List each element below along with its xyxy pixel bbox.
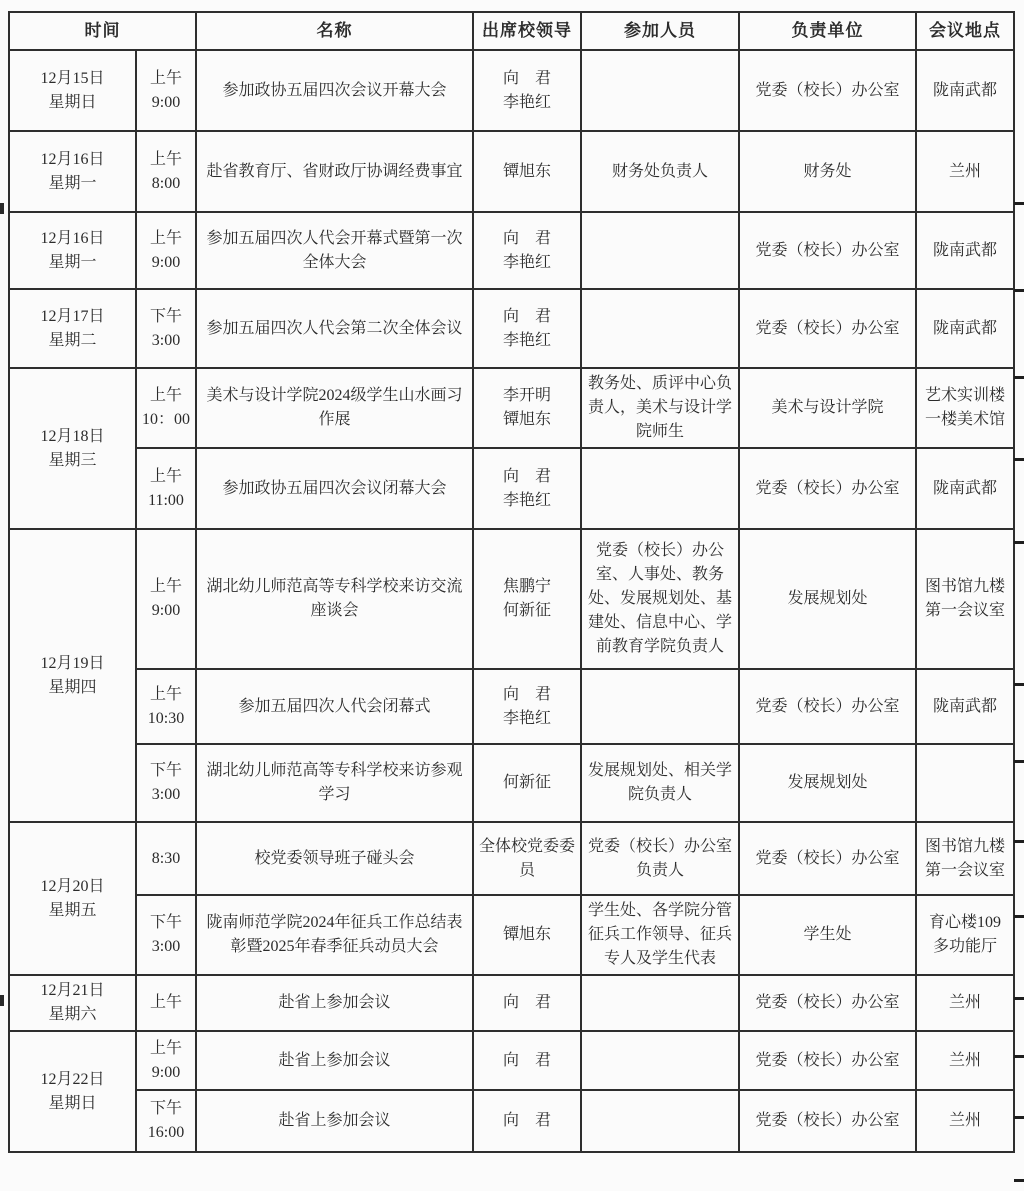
table-row: 上午 11:00 参加政协五届四次会议闭幕大会 向 君 李艳红 党委（校长）办公… (9, 448, 1014, 529)
date-cell: 12月20日 星期五 (9, 822, 136, 975)
participants-cell: 财务处负责人 (581, 131, 739, 212)
participants-cell: 学生处、各学院分管征兵工作领导、征兵专人及学生代表 (581, 895, 739, 975)
table-row: 12月16日 星期一 上午 8:00 赴省教育厅、省财政厅协调经费事宜 镡旭东 … (9, 131, 1014, 212)
location-cell: 育心楼109多功能厅 (916, 895, 1014, 975)
scan-edge-mark (1014, 458, 1024, 461)
event-name-cell: 赴省上参加会议 (196, 1090, 473, 1152)
time-cell: 上午 9:00 (136, 50, 196, 131)
table-row: 12月21日 星期六 上午 赴省上参加会议 向 君 党委（校长）办公室 兰州 (9, 975, 1014, 1031)
table-row: 12月16日 星期一 上午 9:00 参加五届四次人代会开幕式暨第一次全体大会 … (9, 212, 1014, 289)
scan-edge-mark (1014, 289, 1024, 292)
time-cell: 上午 9:00 (136, 1031, 196, 1090)
schedule-table: 时间 名称 出席校领导 参加人员 负责单位 会议地点 12月15日 星期日 上午… (8, 11, 1015, 1153)
leaders-cell: 向 君 李艳红 (473, 289, 581, 368)
scan-edge-mark (0, 203, 4, 214)
date-cell: 12月16日 星期一 (9, 212, 136, 289)
location-cell: 陇南武都 (916, 50, 1014, 131)
participants-cell: 教务处、质评中心负责人，美术与设计学院师生 (581, 368, 739, 448)
time-cell: 下午 3:00 (136, 744, 196, 822)
event-name-cell: 陇南师范学院2024年征兵工作总结表彰暨2025年春季征兵动员大会 (196, 895, 473, 975)
time-cell: 上午 (136, 975, 196, 1031)
participants-cell: 党委（校长）办公室、人事处、教务处、发展规划处、基建处、信息中心、学前教育学院负… (581, 529, 739, 669)
leaders-cell: 向 君 李艳红 (473, 669, 581, 744)
event-name-cell: 赴省上参加会议 (196, 975, 473, 1031)
date-cell: 12月15日 星期日 (9, 50, 136, 131)
unit-cell: 党委（校长）办公室 (739, 50, 916, 131)
event-name-cell: 湖北幼儿师范高等专科学校来访交流座谈会 (196, 529, 473, 669)
scan-edge-mark (1014, 997, 1024, 1000)
time-cell: 上午 9:00 (136, 212, 196, 289)
event-name-cell: 美术与设计学院2024级学生山水画习作展 (196, 368, 473, 448)
header-name: 名称 (196, 12, 473, 50)
participants-cell (581, 50, 739, 131)
participants-cell (581, 448, 739, 529)
unit-cell: 党委（校长）办公室 (739, 1090, 916, 1152)
scan-edge-mark (1014, 376, 1024, 379)
location-cell (916, 744, 1014, 822)
location-cell: 陇南武都 (916, 212, 1014, 289)
time-cell: 8:30 (136, 822, 196, 895)
event-name-cell: 赴省教育厅、省财政厅协调经费事宜 (196, 131, 473, 212)
table-row: 12月15日 星期日 上午 9:00 参加政协五届四次会议开幕大会 向 君 李艳… (9, 50, 1014, 131)
event-name-cell: 校党委领导班子碰头会 (196, 822, 473, 895)
scan-edge-mark (1014, 760, 1024, 763)
participants-cell (581, 212, 739, 289)
table-row: 12月20日 星期五 8:30 校党委领导班子碰头会 全体校党委委员 党委（校长… (9, 822, 1014, 895)
unit-cell: 党委（校长）办公室 (739, 289, 916, 368)
event-name-cell: 参加政协五届四次会议闭幕大会 (196, 448, 473, 529)
event-name-cell: 参加五届四次人代会闭幕式 (196, 669, 473, 744)
event-name-cell: 参加五届四次人代会第二次全体会议 (196, 289, 473, 368)
leaders-cell: 李开明 镡旭东 (473, 368, 581, 448)
leaders-cell: 向 君 李艳红 (473, 448, 581, 529)
participants-cell: 发展规划处、相关学院负责人 (581, 744, 739, 822)
leaders-cell: 何新征 (473, 744, 581, 822)
leaders-cell: 向 君 李艳红 (473, 50, 581, 131)
participants-cell (581, 975, 739, 1031)
time-cell: 上午 10:30 (136, 669, 196, 744)
location-cell: 陇南武都 (916, 669, 1014, 744)
header-leaders: 出席校领导 (473, 12, 581, 50)
participants-cell (581, 1031, 739, 1090)
scan-edge-mark (1014, 840, 1024, 843)
scan-edge-mark (1014, 915, 1024, 918)
unit-cell: 发展规划处 (739, 529, 916, 669)
unit-cell: 学生处 (739, 895, 916, 975)
unit-cell: 党委（校长）办公室 (739, 212, 916, 289)
leaders-cell: 镡旭东 (473, 895, 581, 975)
unit-cell: 党委（校长）办公室 (739, 822, 916, 895)
scanned-schedule-page: 时间 名称 出席校领导 参加人员 负责单位 会议地点 12月15日 星期日 上午… (0, 0, 1024, 1191)
unit-cell: 党委（校长）办公室 (739, 975, 916, 1031)
header-unit: 负责单位 (739, 12, 916, 50)
location-cell: 陇南武都 (916, 289, 1014, 368)
date-cell: 12月19日 星期四 (9, 529, 136, 822)
time-cell: 下午 3:00 (136, 895, 196, 975)
scan-edge-mark (1014, 1116, 1024, 1119)
scan-edge-mark (1014, 1179, 1024, 1182)
participants-cell (581, 669, 739, 744)
unit-cell: 党委（校长）办公室 (739, 669, 916, 744)
event-name-cell: 参加政协五届四次会议开幕大会 (196, 50, 473, 131)
leaders-cell: 向 君 (473, 975, 581, 1031)
table-header-row: 时间 名称 出席校领导 参加人员 负责单位 会议地点 (9, 12, 1014, 50)
time-cell: 上午 9:00 (136, 529, 196, 669)
table-row: 12月22日 星期日 上午 9:00 赴省上参加会议 向 君 党委（校长）办公室… (9, 1031, 1014, 1090)
date-cell: 12月18日 星期三 (9, 368, 136, 529)
header-location: 会议地点 (916, 12, 1014, 50)
location-cell: 兰州 (916, 1090, 1014, 1152)
table-row: 上午 10:30 参加五届四次人代会闭幕式 向 君 李艳红 党委（校长）办公室 … (9, 669, 1014, 744)
table-row: 12月19日 星期四 上午 9:00 湖北幼儿师范高等专科学校来访交流座谈会 焦… (9, 529, 1014, 669)
date-cell: 12月22日 星期日 (9, 1031, 136, 1152)
location-cell: 兰州 (916, 975, 1014, 1031)
time-cell: 上午 8:00 (136, 131, 196, 212)
location-cell: 图书馆九楼第一会议室 (916, 529, 1014, 669)
location-cell: 兰州 (916, 131, 1014, 212)
header-participants: 参加人员 (581, 12, 739, 50)
time-cell: 下午 3:00 (136, 289, 196, 368)
event-name-cell: 参加五届四次人代会开幕式暨第一次全体大会 (196, 212, 473, 289)
table-row: 下午 3:00 陇南师范学院2024年征兵工作总结表彰暨2025年春季征兵动员大… (9, 895, 1014, 975)
scan-edge-mark (0, 995, 4, 1006)
date-cell: 12月21日 星期六 (9, 975, 136, 1031)
location-cell: 艺术实训楼一楼美术馆 (916, 368, 1014, 448)
leaders-cell: 向 君 (473, 1090, 581, 1152)
leaders-cell: 焦鹏宁 何新征 (473, 529, 581, 669)
scan-edge-mark (1014, 683, 1024, 686)
time-cell: 上午 11:00 (136, 448, 196, 529)
scan-edge-mark (1014, 202, 1024, 205)
leaders-cell: 向 君 (473, 1031, 581, 1090)
participants-cell (581, 289, 739, 368)
date-cell: 12月17日 星期二 (9, 289, 136, 368)
header-time: 时间 (9, 12, 196, 50)
participants-cell: 党委（校长）办公室负责人 (581, 822, 739, 895)
location-cell: 陇南武都 (916, 448, 1014, 529)
date-cell: 12月16日 星期一 (9, 131, 136, 212)
scan-edge-mark (1014, 1055, 1024, 1058)
time-cell: 上午 10：00 (136, 368, 196, 448)
leaders-cell: 镡旭东 (473, 131, 581, 212)
location-cell: 兰州 (916, 1031, 1014, 1090)
table-row: 下午 3:00 湖北幼儿师范高等专科学校来访参观学习 何新征 发展规划处、相关学… (9, 744, 1014, 822)
event-name-cell: 湖北幼儿师范高等专科学校来访参观学习 (196, 744, 473, 822)
location-cell: 图书馆九楼第一会议室 (916, 822, 1014, 895)
table-row: 12月18日 星期三 上午 10：00 美术与设计学院2024级学生山水画习作展… (9, 368, 1014, 448)
time-cell: 下午 16:00 (136, 1090, 196, 1152)
unit-cell: 发展规划处 (739, 744, 916, 822)
leaders-cell: 向 君 李艳红 (473, 212, 581, 289)
event-name-cell: 赴省上参加会议 (196, 1031, 473, 1090)
leaders-cell: 全体校党委委员 (473, 822, 581, 895)
unit-cell: 党委（校长）办公室 (739, 448, 916, 529)
participants-cell (581, 1090, 739, 1152)
scan-edge-mark (1014, 541, 1024, 544)
table-row: 12月17日 星期二 下午 3:00 参加五届四次人代会第二次全体会议 向 君 … (9, 289, 1014, 368)
unit-cell: 财务处 (739, 131, 916, 212)
unit-cell: 美术与设计学院 (739, 368, 916, 448)
unit-cell: 党委（校长）办公室 (739, 1031, 916, 1090)
table-row: 下午 16:00 赴省上参加会议 向 君 党委（校长）办公室 兰州 (9, 1090, 1014, 1152)
